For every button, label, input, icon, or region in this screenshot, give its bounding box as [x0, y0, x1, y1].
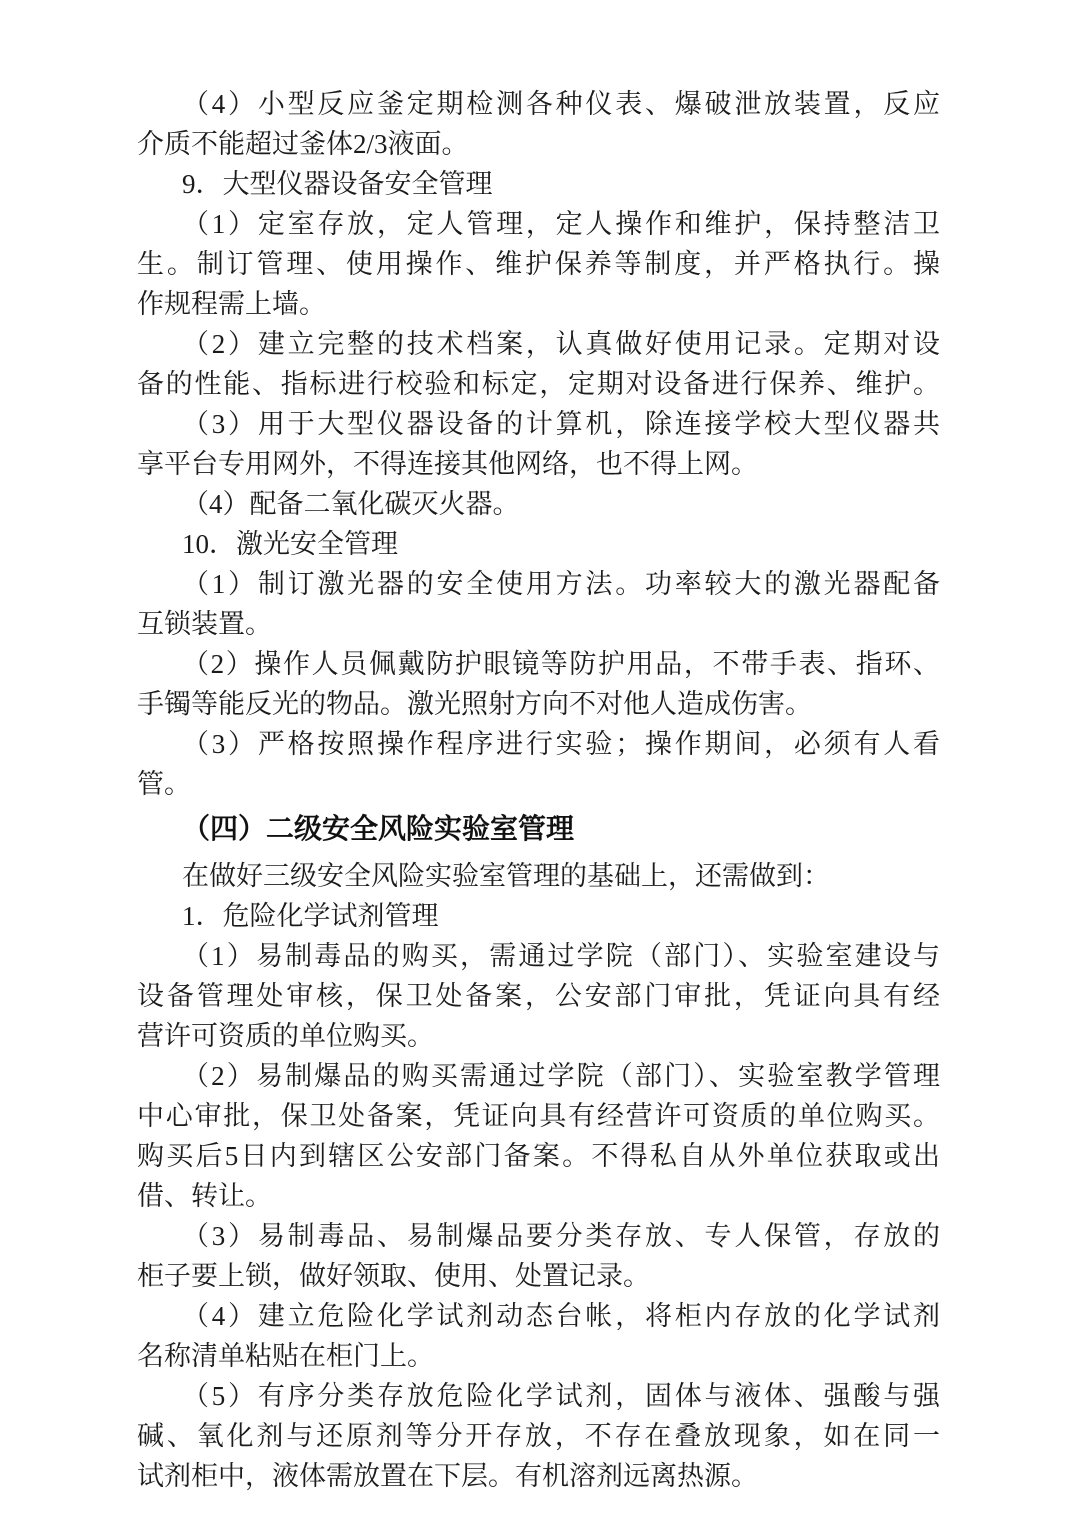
text-line: 借、转让。	[137, 1176, 940, 1216]
text-line: 在做好三级安全风险实验室管理的基础上，还需做到：	[137, 856, 940, 896]
text-line: （2）操作人员佩戴防护眼镜等防护用品，不带手表、指环、	[137, 644, 940, 684]
text-line: 中心审批，保卫处备案，凭证向具有经营许可资质的单位购买。	[137, 1096, 940, 1136]
text-line: （1）定室存放，定人管理，定人操作和维护，保持整洁卫	[137, 204, 940, 244]
text-line: 试剂柜中，液体需放置在下层。有机溶剂远离热源。	[137, 1456, 940, 1496]
text-line: （1）制订激光器的安全使用方法。功率较大的激光器配备	[137, 564, 940, 604]
text-line: （4）配备二氧化碳灭火器。	[137, 484, 940, 524]
numbered-item-title: 1．危险化学试剂管理	[137, 896, 940, 936]
text-line: （5）有序分类存放危险化学试剂，固体与液体、强酸与强	[137, 1376, 940, 1416]
text-line: 设备管理处审核，保卫处备案，公安部门审批，凭证向具有经	[137, 976, 940, 1016]
text-line: 互锁装置。	[137, 604, 940, 644]
text-line: （2）建立完整的技术档案，认真做好使用记录。定期对设	[137, 324, 940, 364]
document-page: （4）小型反应釜定期检测各种仪表、爆破泄放装置，反应 介质不能超过釜体2/3液面…	[0, 0, 1080, 1527]
text-line: 碱、氧化剂与还原剂等分开存放，不存在叠放现象，如在同一	[137, 1416, 940, 1456]
text-line: （3）严格按照操作程序进行实验；操作期间，必须有人看	[137, 724, 940, 764]
text-line: （4）小型反应釜定期检测各种仪表、爆破泄放装置，反应	[137, 84, 940, 124]
text-line: （4）建立危险化学试剂动态台帐，将柜内存放的化学试剂	[137, 1296, 940, 1336]
text-line: 作规程需上墙。	[137, 284, 940, 324]
text-line: 柜子要上锁，做好领取、使用、处置记录。	[137, 1256, 940, 1296]
section-heading: （四）二级安全风险实验室管理	[137, 804, 940, 856]
text-line: 营许可资质的单位购买。	[137, 1016, 940, 1056]
text-line: 享平台专用网外，不得连接其他网络，也不得上网。	[137, 444, 940, 484]
text-line: （2）易制爆品的购买需通过学院（部门）、实验室教学管理	[137, 1056, 940, 1096]
text-line: 管。	[137, 764, 940, 804]
text-line: （1）易制毒品的购买，需通过学院（部门）、实验室建设与	[137, 936, 940, 976]
text-line: 手镯等能反光的物品。激光照射方向不对他人造成伤害。	[137, 684, 940, 724]
text-line: 购买后5日内到辖区公安部门备案。不得私自从外单位获取或出	[137, 1136, 940, 1176]
numbered-item-title: 9．大型仪器设备安全管理	[137, 164, 940, 204]
text-line: 介质不能超过釜体2/3液面。	[137, 124, 940, 164]
text-line: （3）易制毒品、易制爆品要分类存放、专人保管，存放的	[137, 1216, 940, 1256]
text-line: 备的性能、指标进行校验和标定，定期对设备进行保养、维护。	[137, 364, 940, 404]
text-line: （3）用于大型仪器设备的计算机，除连接学校大型仪器共	[137, 404, 940, 444]
text-line: 生。制订管理、使用操作、维护保养等制度，并严格执行。操	[137, 244, 940, 284]
numbered-item-title: 10．激光安全管理	[137, 524, 940, 564]
text-line: 名称清单粘贴在柜门上。	[137, 1336, 940, 1376]
